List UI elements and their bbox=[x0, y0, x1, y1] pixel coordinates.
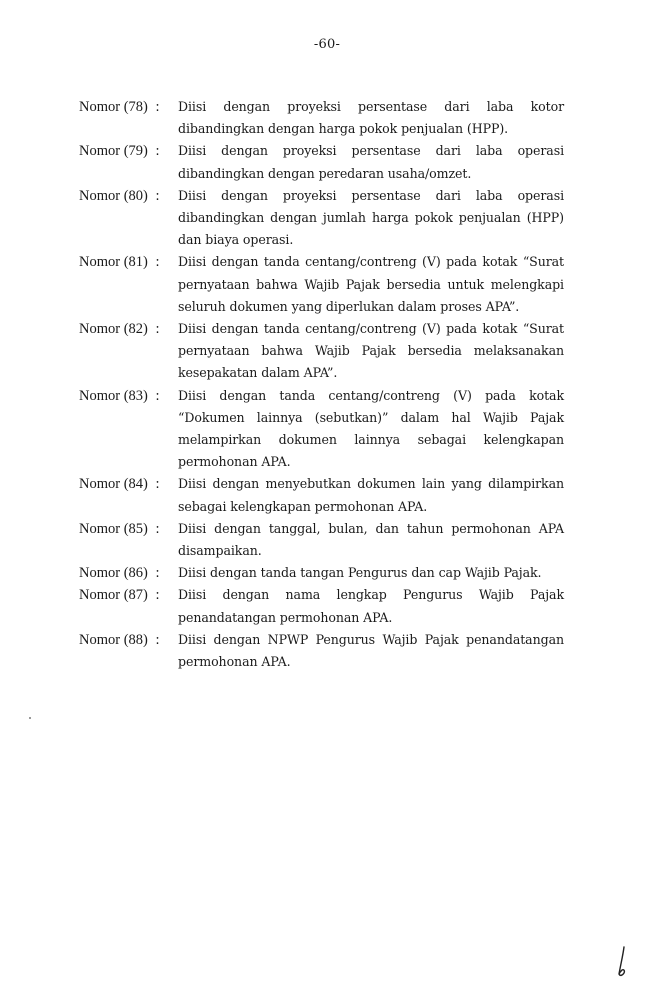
entry-label: Nomor (83) : bbox=[79, 385, 162, 407]
entry-label: Nomor (79) : bbox=[79, 140, 162, 162]
entry-84: Nomor (84) : Diisi dengan menyebutkan do… bbox=[79, 473, 564, 517]
entry-description: Diisi dengan menyebutkan dokumen lain ya… bbox=[178, 473, 564, 517]
entry-description: Diisi dengan tanggal, bulan, dan tahun p… bbox=[178, 518, 564, 562]
entry-label: Nomor (82) : bbox=[79, 318, 162, 340]
entry-description: Diisi dengan proyeksi persentase dari la… bbox=[178, 96, 564, 140]
entry-79: Nomor (79) : Diisi dengan proyeksi perse… bbox=[79, 140, 564, 184]
entry-81: Nomor (81) : Diisi dengan tanda centang/… bbox=[79, 251, 564, 318]
entry-label: Nomor (87) : bbox=[79, 584, 162, 606]
entry-label: Nomor (84) : bbox=[79, 473, 162, 495]
entry-78: Nomor (78) : Diisi dengan proyeksi perse… bbox=[79, 96, 564, 140]
entry-86: Nomor (86) : Diisi dengan tanda tangan P… bbox=[79, 562, 564, 584]
entry-label: Nomor (81) : bbox=[79, 251, 162, 273]
entry-label: Nomor (86) : bbox=[79, 562, 162, 584]
entry-label: Nomor (85) : bbox=[79, 518, 162, 540]
entry-82: Nomor (82) : Diisi dengan tanda centang/… bbox=[79, 318, 564, 385]
handwritten-initial-icon bbox=[612, 945, 632, 979]
entry-description: Diisi dengan tanda centang/contreng (V) … bbox=[178, 385, 564, 474]
entry-description: Diisi dengan tanda tangan Pengurus dan c… bbox=[178, 562, 564, 584]
entry-description: Diisi dengan tanda centang/contreng (V) … bbox=[178, 251, 564, 318]
entry-label: Nomor (80) : bbox=[79, 185, 162, 207]
page-number: -60- bbox=[0, 37, 654, 52]
scan-speck bbox=[29, 717, 31, 719]
entry-88: Nomor (88) : Diisi dengan NPWP Pengurus … bbox=[79, 629, 564, 673]
entry-description: Diisi dengan nama lengkap Pengurus Wajib… bbox=[178, 584, 564, 628]
entry-description: Diisi dengan proyeksi persentase dari la… bbox=[178, 140, 564, 184]
entry-label: Nomor (88) : bbox=[79, 629, 162, 651]
entry-list: Nomor (78) : Diisi dengan proyeksi perse… bbox=[79, 96, 564, 673]
entry-80: Nomor (80) : Diisi dengan proyeksi perse… bbox=[79, 185, 564, 252]
entry-description: Diisi dengan tanda centang/contreng (V) … bbox=[178, 318, 564, 385]
entry-87: Nomor (87) : Diisi dengan nama lengkap P… bbox=[79, 584, 564, 628]
entry-label: Nomor (78) : bbox=[79, 96, 162, 118]
entry-description: Diisi dengan NPWP Pengurus Wajib Pajak p… bbox=[178, 629, 564, 673]
entry-description: Diisi dengan proyeksi persentase dari la… bbox=[178, 185, 564, 252]
entry-83: Nomor (83) : Diisi dengan tanda centang/… bbox=[79, 385, 564, 474]
entry-85: Nomor (85) : Diisi dengan tanggal, bulan… bbox=[79, 518, 564, 562]
